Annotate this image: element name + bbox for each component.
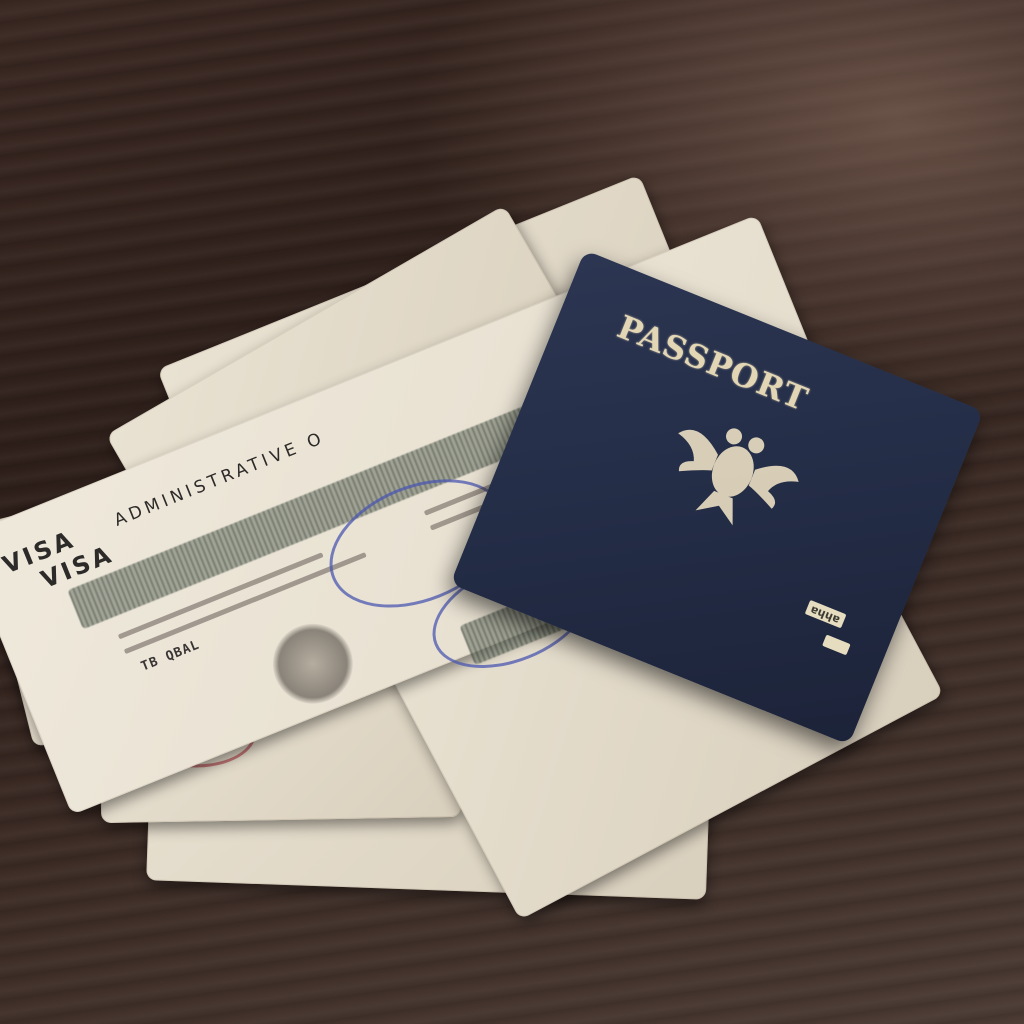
passport-label: ɐɥɥɐ <box>805 600 846 628</box>
biometric-chip-icon <box>822 634 851 655</box>
photo-scene: VISA VISA ADMINISTRATIVE O TB QBAL 1290в… <box>0 0 1024 1024</box>
photo-portrait <box>261 612 365 716</box>
double-headed-eagle-icon <box>647 394 818 548</box>
